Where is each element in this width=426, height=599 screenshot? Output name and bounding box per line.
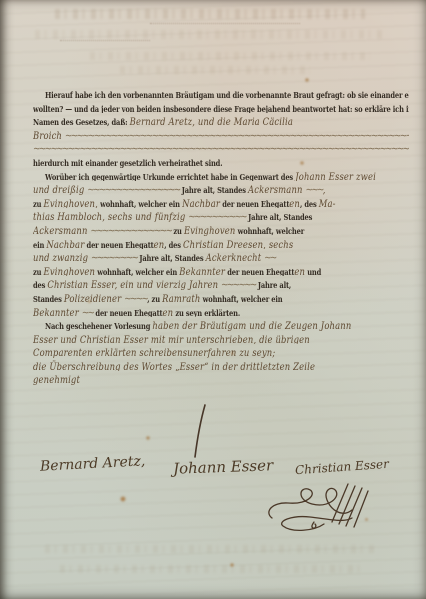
record-line: die Überschreibung des Wortes „Esser“ in… — [33, 358, 409, 372]
handwritten-entry: Nachbar — [182, 198, 220, 209]
printed-form-text: zu seyn erklärten. — [173, 308, 240, 318]
record-line: Nach geschehener Vorlesung haben der Brä… — [33, 317, 409, 331]
handwritten-entry: Polizeidiener — [64, 293, 124, 304]
pen-stroke-mark — [192, 403, 208, 463]
handwritten-entry: en — [294, 266, 305, 277]
handwritten-entry: Evinghoven — [184, 225, 236, 236]
signature-row: Bernard Aretz, Johann Esser Christian Es… — [40, 456, 410, 476]
handwritten-entry: en — [162, 307, 173, 318]
blank-filler-dash: ∼∼∼∼∼∼∼∼∼∼ — [188, 210, 246, 222]
handwritten-entry: Evinghoven, — [44, 198, 98, 209]
printed-form-text: zu — [33, 267, 44, 277]
printed-form-text: zu — [33, 199, 44, 209]
handwritten-entry: Bekannter — [33, 307, 82, 318]
blank-filler-dash: ∼∼∼∼∼∼ — [221, 278, 256, 290]
handwritten-entry: haben der Bräutigam und die Zeugen Johan… — [152, 320, 351, 331]
blank-filler-dash: ∼∼∼ — [305, 183, 322, 195]
printed-form-text: Nach geschehener Vorlesung — [45, 321, 152, 331]
blank-filler-dash: ∼∼∼∼∼∼∼∼∼∼∼∼∼∼∼∼∼∼∼∼∼∼∼∼∼∼∼∼∼∼∼∼∼∼∼∼∼∼∼∼… — [33, 142, 409, 154]
printed-form-text: , des — [300, 199, 319, 209]
record-line: Broich ∼∼∼∼∼∼∼∼∼∼∼∼∼∼∼∼∼∼∼∼∼∼∼∼∼∼∼∼∼∼∼∼∼… — [33, 127, 409, 141]
printed-form-text: Jahre alt, Standes — [137, 253, 205, 263]
age-spot — [305, 78, 309, 82]
marriage-record-text: Hierauf habe ich den vorbenannten Bräuti… — [33, 86, 409, 385]
printed-form-text: der neuen Ehegatt — [220, 199, 289, 209]
record-line: Worüber ich gegenwärtige Urkunde erricht… — [33, 168, 409, 182]
handwritten-entry: Ma- — [319, 198, 336, 209]
printed-form-text: Jahre alt, Standes — [180, 185, 248, 195]
printed-form-text: Worüber ich gegenwärtige Urkunde erricht… — [45, 172, 295, 182]
bleedthrough-text-ghost — [45, 545, 375, 553]
handwritten-entry: Ackersmann — [248, 184, 305, 195]
record-line: hierdurch mit einander gesetzlich verhei… — [33, 154, 409, 168]
handwritten-entry: Johann Esser zwei — [295, 171, 376, 182]
handwritten-entry: Nachbar — [46, 239, 84, 250]
printed-form-text: , des — [164, 240, 183, 250]
blank-filler-dash: ∼∼ — [82, 306, 94, 318]
printed-form-text: zu — [171, 226, 184, 236]
printed-form-text: und — [305, 267, 321, 277]
record-line: zu Evinghoven, wohnhaft, welcher ein Nac… — [33, 195, 409, 209]
signature-witness-1: Johann Esser — [173, 456, 274, 477]
handwritten-entry: thias Hambloch, sechs und fünfzig — [33, 211, 188, 222]
bleedthrough-text-ghost — [120, 66, 310, 74]
record-line: zu Evinghoven wohnhaft, welcher ein Beka… — [33, 263, 409, 277]
handwritten-entry: en — [289, 198, 300, 209]
handwritten-entry: , — [323, 184, 326, 195]
handwritten-entry: Bekannter — [179, 266, 225, 277]
blank-filler-dash: ∼∼∼∼∼∼∼∼∼∼∼∼∼∼∼∼ — [87, 183, 179, 195]
blank-filler-dash: ∼∼∼∼∼∼∼∼ — [91, 251, 137, 263]
record-line: wollten? — und da jeder von beiden insbe… — [33, 100, 409, 114]
printed-form-text: Jahre alt, Standes — [246, 212, 312, 222]
record-line: thias Hambloch, sechs und fünfzig ∼∼∼∼∼∼… — [33, 208, 409, 222]
printed-form-text: wohnhaft, welcher ein — [98, 199, 182, 209]
record-line: und zwanzig ∼∼∼∼∼∼∼∼ Jahre alt, Standes … — [33, 249, 409, 263]
handwritten-entry: und dreißig — [33, 184, 87, 195]
printed-form-text: wohnhaft, welcher ein — [201, 294, 283, 304]
handwritten-entry: die Überschreibung des Wortes „Esser“ in… — [33, 361, 315, 372]
record-line: ein Nachbar der neuen Ehegatten, des Chr… — [33, 236, 409, 250]
printed-form-text: Jahre alt, — [256, 280, 291, 290]
handwritten-entry: Ackerknecht — [206, 252, 264, 263]
record-line: Bekannter ∼∼ der neuen Ehegatten zu seyn… — [33, 304, 409, 318]
record-line: Ackersmann ∼∼∼∼∼∼∼∼∼∼∼∼∼∼ zu Evinghoven … — [33, 222, 409, 236]
record-line: des Christian Esser, ein und vierzig Jah… — [33, 276, 409, 290]
bleedthrough-text-ghost — [35, 30, 385, 39]
handwritten-entry: Bernard Aretz, und die Maria Cäcilia — [130, 116, 293, 127]
printed-form-text: des — [33, 280, 47, 290]
printed-form-text: Standes — [33, 294, 64, 304]
record-line: und dreißig ∼∼∼∼∼∼∼∼∼∼∼∼∼∼∼∼ Jahre alt, … — [33, 181, 409, 195]
printed-form-text: wohnhaft, welcher ein — [95, 267, 179, 277]
bleedthrough-rule — [60, 40, 150, 41]
handwritten-entry: Evinghoven — [44, 266, 96, 277]
record-line: Esser und Christian Esser mit mir unters… — [33, 331, 409, 345]
handwritten-entry: Ramrath — [162, 293, 200, 304]
bleedthrough-text-ghost — [55, 9, 365, 19]
printed-form-text: wollten? — und da jeder von beiden insbe… — [33, 104, 409, 114]
record-line: Namen des Gesetzes, daß: Bernard Aretz, … — [33, 113, 409, 127]
handwritten-entry: und zwanzig — [33, 252, 91, 263]
signature-witness-2: Christian Esser — [295, 457, 390, 478]
handwritten-entry: Broich — [33, 130, 65, 141]
record-line: ∼∼∼∼∼∼∼∼∼∼∼∼∼∼∼∼∼∼∼∼∼∼∼∼∼∼∼∼∼∼∼∼∼∼∼∼∼∼∼∼… — [33, 140, 409, 154]
record-line: Comparenten erklärten schreibensunerfahr… — [33, 344, 409, 358]
bleedthrough-text-ghost — [90, 52, 370, 60]
handwritten-entry: genehmigt — [33, 374, 80, 385]
printed-form-text: der neuen Ehegatt — [84, 240, 153, 250]
handwritten-entry: Christian Dreesen, sechs — [183, 239, 293, 250]
blank-filler-dash: ∼∼∼∼ — [124, 292, 147, 304]
printed-form-text: Namen des Gesetzes, daß: — [33, 117, 130, 127]
printed-form-text: der neuen Ehegatt — [225, 267, 294, 277]
printed-form-text: der neuen Ehegatt — [93, 308, 162, 318]
registrar-signature-flourish — [262, 478, 377, 544]
handwritten-entry: en — [154, 239, 165, 250]
signature-groom: Bernard Aretz, — [40, 453, 146, 474]
handwritten-entry: Comparenten erklärten schreibensunerfahr… — [33, 347, 275, 358]
handwritten-entry: Ackersmann — [33, 225, 90, 236]
bleedthrough-rule — [150, 23, 300, 24]
age-spot — [120, 496, 126, 502]
document-page: Hierauf habe ich den vorbenannten Bräuti… — [0, 0, 426, 599]
bleedthrough-text-ghost — [60, 565, 360, 573]
record-line: genehmigt — [33, 371, 409, 385]
handwritten-entry: Esser und Christian Esser mit mir unters… — [33, 334, 310, 345]
record-line: Hierauf habe ich den vorbenannten Bräuti… — [33, 86, 409, 100]
printed-form-text: , zu — [147, 294, 162, 304]
age-spot — [230, 563, 234, 567]
record-line: Standes Polizeidiener ∼∼∼∼, zu Ramrath w… — [33, 290, 409, 304]
handwritten-entry: Christian Esser, ein und vierzig Jahren — [47, 279, 221, 290]
printed-form-text: Hierauf habe ich den vorbenannten Bräuti… — [45, 90, 409, 100]
blank-filler-dash: ∼∼ — [264, 251, 276, 263]
printed-form-text: ein — [33, 240, 46, 250]
blank-filler-dash: ∼∼∼∼∼∼∼∼∼∼∼∼∼∼∼∼∼∼∼∼∼∼∼∼∼∼∼∼∼∼∼∼∼∼∼∼∼∼∼∼… — [65, 129, 409, 141]
printed-form-text: hierdurch mit einander gesetzlich verhei… — [33, 158, 222, 168]
age-spot — [146, 436, 150, 440]
blank-filler-dash: ∼∼∼∼∼∼∼∼∼∼∼∼∼∼ — [90, 224, 171, 236]
printed-form-text: wohnhaft, welcher — [235, 226, 304, 236]
